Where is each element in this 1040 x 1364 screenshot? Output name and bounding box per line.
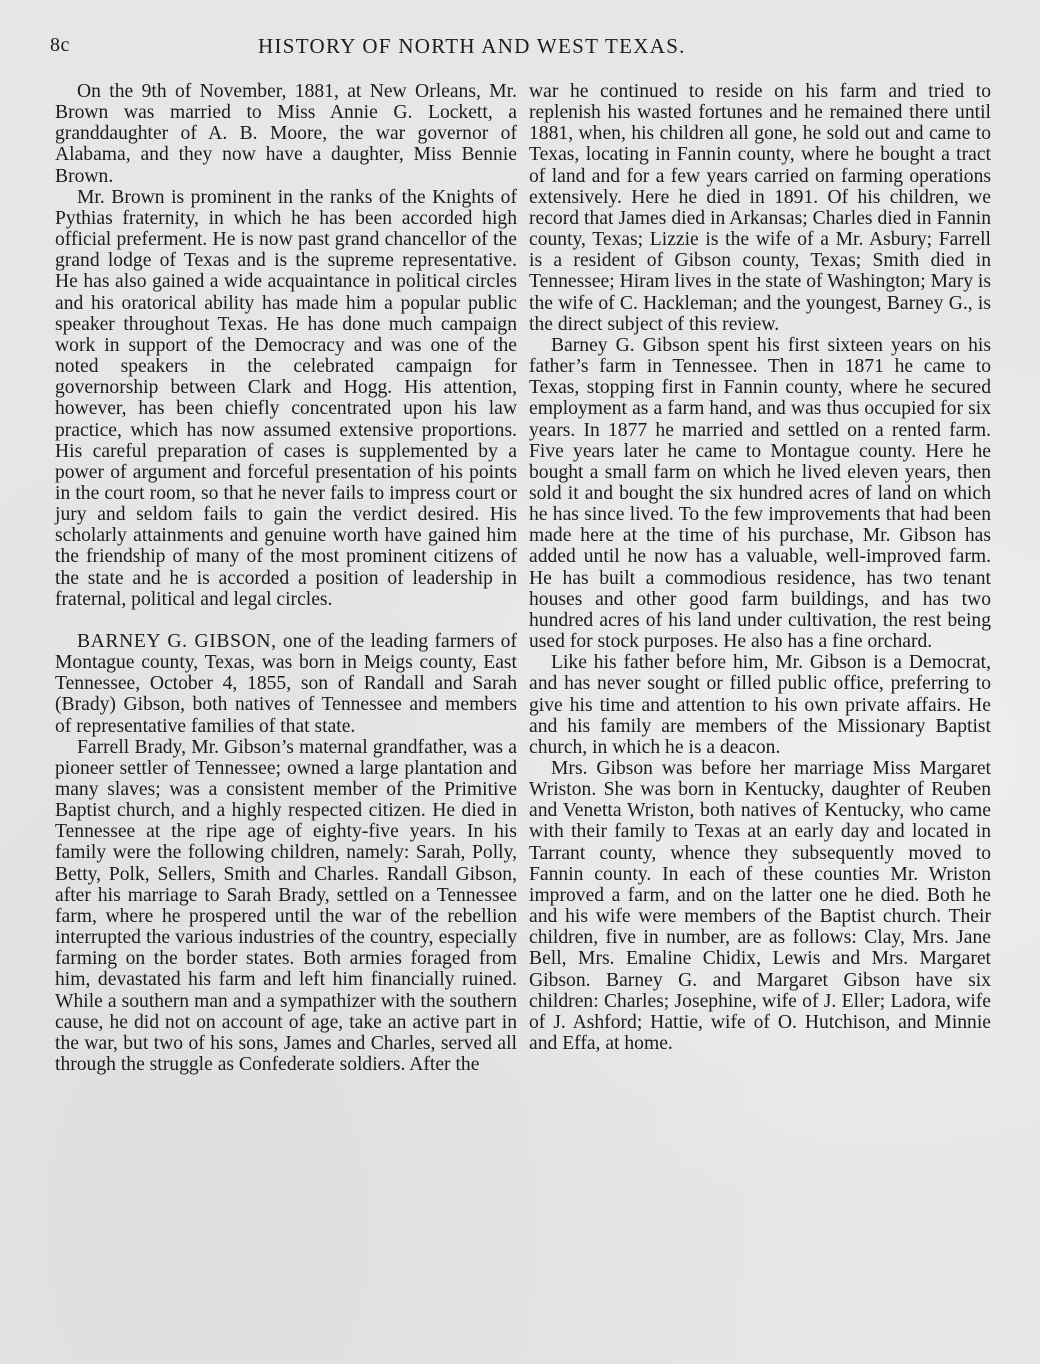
running-head: 8c HISTORY OF NORTH AND WEST TEXAS. bbox=[0, 34, 1040, 64]
paragraph-gibson-intro: BARNEY G. GIBSON, one of the leading far… bbox=[55, 631, 517, 737]
left-column: On the 9th of November, 1881, at New Orl… bbox=[55, 81, 517, 1075]
biography-heading-name: BARNEY G. GIBSON, bbox=[77, 631, 277, 652]
running-title: HISTORY OF NORTH AND WEST TEXAS. bbox=[258, 34, 686, 59]
page-number: 8c bbox=[50, 34, 70, 57]
book-page: 8c HISTORY OF NORTH AND WEST TEXAS. On t… bbox=[0, 0, 1040, 1364]
paragraph-brady-family: Farrell Brady, Mr. Gibson’s maternal gra… bbox=[55, 737, 517, 1076]
paragraph-brown-career: Mr. Brown is prominent in the ranks of t… bbox=[55, 187, 517, 610]
paragraph-brown-marriage: On the 9th of November, 1881, at New Orl… bbox=[55, 81, 517, 187]
paragraph-mrs-gibson: Mrs. Gibson was before her marriage Miss… bbox=[529, 758, 991, 1054]
paragraph-continuation: war he continued to reside on his farm a… bbox=[529, 81, 991, 335]
paragraph-gibson-farming: Barney G. Gibson spent his first sixteen… bbox=[529, 335, 991, 652]
right-column: war he continued to reside on his farm a… bbox=[529, 81, 991, 1054]
paragraph-gibson-politics: Like his father before him, Mr. Gibson i… bbox=[529, 652, 991, 758]
